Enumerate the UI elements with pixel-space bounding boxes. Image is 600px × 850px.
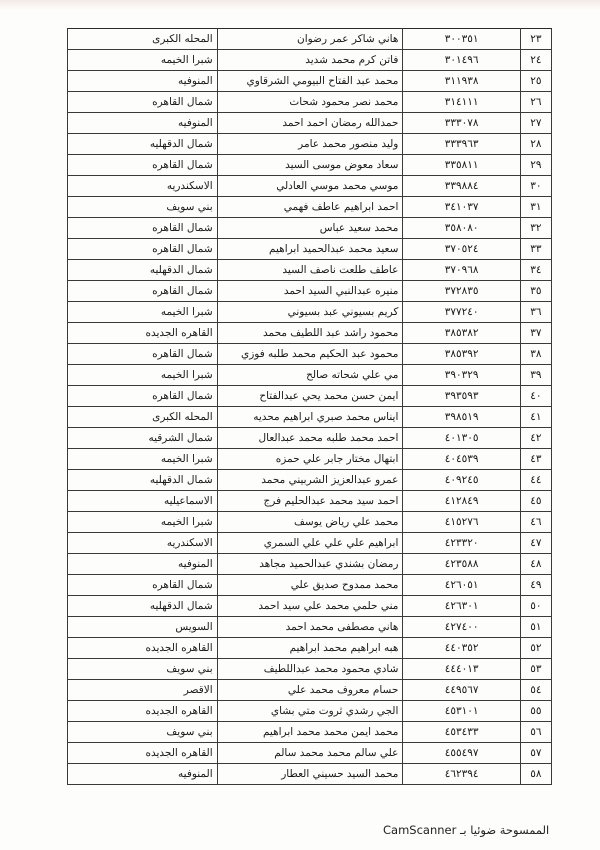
location-cell: شمال القاهره: [68, 281, 218, 302]
table-row: ٤٥٤١٢٨٤٩احمد سيد محمد عبدالحليم فرجالاسم…: [68, 491, 552, 512]
name-cell: احمد ابراهيم عاطف فهمي: [217, 197, 403, 218]
roster-table-body: ٢٣٣٠٠٣٥١هاني شاكر عمر رضوانالمحله الكبرى…: [68, 29, 552, 785]
code-cell: ٤١٢٨٤٩: [403, 491, 520, 512]
code-cell: ٣٣٣٠٧٨: [403, 113, 520, 134]
row-index-cell: ٢٥: [520, 71, 551, 92]
location-cell: شمال القاهره: [68, 344, 218, 365]
row-index-cell: ٤٥: [520, 491, 551, 512]
name-cell: موسي محمد موسي العادلي: [217, 176, 403, 197]
table-row: ٢٥٣١١٩٣٨محمد عبد الفتاح البيومي الشرقاوي…: [68, 71, 552, 92]
code-cell: ٣٥٨٠٨٠: [403, 218, 520, 239]
code-cell: ٤٥٥٤٩٧: [403, 743, 520, 764]
row-index-cell: ٥١: [520, 617, 551, 638]
name-cell: حسام معروف محمد علي: [217, 680, 403, 701]
location-cell: شبرا الخيمه: [68, 50, 218, 71]
name-cell: هاني مصطفى محمد احمد: [217, 617, 403, 638]
name-cell: هاني شاكر عمر رضوان: [217, 29, 403, 50]
table-row: ٥٥٤٥٣١٠١الجي رشدي ثروت متي بشايالقاهره ا…: [68, 701, 552, 722]
location-cell: القاهره الجديده: [68, 638, 218, 659]
name-cell: احمد محمد طلبه محمد عبدالعال: [217, 428, 403, 449]
table-row: ٥٣٤٤٤٠١٣شادي محمود محمد عبداللطيفبني سوي…: [68, 659, 552, 680]
table-row: ٥١٤٢٧٤٠٠هاني مصطفى محمد احمدالسويس: [68, 617, 552, 638]
code-cell: ٤٠١٣٠٥: [403, 428, 520, 449]
code-cell: ٤٤٤٠١٣: [403, 659, 520, 680]
location-cell: المنوفيه: [68, 113, 218, 134]
row-index-cell: ٤٦: [520, 512, 551, 533]
location-cell: شمال الدقهليه: [68, 596, 218, 617]
location-cell: الاسكندريه: [68, 533, 218, 554]
row-index-cell: ٥٨: [520, 764, 551, 785]
name-cell: ايناس محمد صبري ابراهيم محديه: [217, 407, 403, 428]
location-cell: بني سويف: [68, 722, 218, 743]
roster-table: ٢٣٣٠٠٣٥١هاني شاكر عمر رضوانالمحله الكبرى…: [67, 28, 552, 785]
code-cell: ٤٢٦٠٥١: [403, 575, 520, 596]
location-cell: شمال القاهره: [68, 575, 218, 596]
table-row: ٣٧٣٨٥٣٨٢محمود راشد عبد اللطيف محمدالقاهر…: [68, 323, 552, 344]
table-row: ٤٧٤٢٣٣٢٠ابراهيم علي علي علي السمريالاسكن…: [68, 533, 552, 554]
name-cell: منيره عبدالنبي السيد احمد: [217, 281, 403, 302]
name-cell: فاتن كرم محمد شديد: [217, 50, 403, 71]
code-cell: ٣٩٨٥١٩: [403, 407, 520, 428]
location-cell: المنوفيه: [68, 554, 218, 575]
table-row: ٢٤٣٠١٤٩٦فاتن كرم محمد شديدشبرا الخيمه: [68, 50, 552, 71]
location-cell: شمال القاهره: [68, 239, 218, 260]
location-cell: بني سويف: [68, 197, 218, 218]
name-cell: ابراهيم علي علي علي السمري: [217, 533, 403, 554]
code-cell: ٤٦٢٣٩٤: [403, 764, 520, 785]
code-cell: ٣٣٣٩٦٣: [403, 134, 520, 155]
table-row: ٤٦٤١٥٢٧٦محمد علي رياض يوسفشبرا الخيمه: [68, 512, 552, 533]
location-cell: شمال القاهره: [68, 218, 218, 239]
table-row: ٤٠٣٩٣٥٩٣ايمن حسن محمد يحي عبدالفتاحشمال …: [68, 386, 552, 407]
camscanner-watermark: الممسوحة ضوئيا بـ CamScanner: [383, 823, 549, 837]
table-row: ٥٤٤٤٩٥٦٧حسام معروف محمد عليالاقصر: [68, 680, 552, 701]
name-cell: ايمن حسن محمد يحي عبدالفتاح: [217, 386, 403, 407]
location-cell: شمال الشرقيه: [68, 428, 218, 449]
row-index-cell: ٣٤: [520, 260, 551, 281]
code-cell: ٣٧٠٩٦٨: [403, 260, 520, 281]
row-index-cell: ٤٧: [520, 533, 551, 554]
code-cell: ٤٤٩٥٦٧: [403, 680, 520, 701]
table-row: ٣٤٣٧٠٩٦٨عاطف طلعت ناصف السيدشمال الدقهلي…: [68, 260, 552, 281]
row-index-cell: ٣٩: [520, 365, 551, 386]
row-index-cell: ٤٠: [520, 386, 551, 407]
table-row: ٤١٣٩٨٥١٩ايناس محمد صبري ابراهيم محديهالم…: [68, 407, 552, 428]
row-index-cell: ٤٨: [520, 554, 551, 575]
row-index-cell: ٥٧: [520, 743, 551, 764]
name-cell: مني حلمي محمد علي سيد احمد: [217, 596, 403, 617]
code-cell: ٣٨٥٣٩٢: [403, 344, 520, 365]
location-cell: شمال الدقهليه: [68, 470, 218, 491]
name-cell: ابتهال مختار جابر علي حمزه: [217, 449, 403, 470]
location-cell: شمال الدقهليه: [68, 260, 218, 281]
location-cell: القاهره الجديده: [68, 743, 218, 764]
name-cell: هبه ابراهيم محمد ابراهيم: [217, 638, 403, 659]
location-cell: المنوفيه: [68, 764, 218, 785]
name-cell: حمدالله رمضان احمد احمد: [217, 113, 403, 134]
location-cell: السويس: [68, 617, 218, 638]
code-cell: ٤٢٣٣٢٠: [403, 533, 520, 554]
table-row: ٣٨٣٨٥٣٩٢محمود عبد الحكيم محمد طلبه فوزيش…: [68, 344, 552, 365]
row-index-cell: ٣٠: [520, 176, 551, 197]
table-row: ٥٢٤٤٠٣٥٢هبه ابراهيم محمد ابراهيمالقاهره …: [68, 638, 552, 659]
location-cell: شبرا الخيمه: [68, 365, 218, 386]
code-cell: ٣٩٠٣٢٩: [403, 365, 520, 386]
location-cell: القاهره الجديده: [68, 701, 218, 722]
name-cell: رمضان بشندي عبدالحميد مجاهد: [217, 554, 403, 575]
name-cell: محمد ايمن محمد محمد ابراهيم: [217, 722, 403, 743]
name-cell: محمود راشد عبد اللطيف محمد: [217, 323, 403, 344]
row-index-cell: ٢٣: [520, 29, 551, 50]
table-row: ٤٢٤٠١٣٠٥احمد محمد طلبه محمد عبدالعالشمال…: [68, 428, 552, 449]
code-cell: ٣٨٥٣٨٢: [403, 323, 520, 344]
name-cell: عمرو عبدالعزيز الشربيني محمد: [217, 470, 403, 491]
table-row: ٥٧٤٥٥٤٩٧علي سالم محمد محمد سالمالقاهره ا…: [68, 743, 552, 764]
location-cell: شبرا الخيمه: [68, 302, 218, 323]
location-cell: المحله الكبرى: [68, 29, 218, 50]
name-cell: مي علي شحاته صالح: [217, 365, 403, 386]
row-index-cell: ٥٣: [520, 659, 551, 680]
table-row: ٥٦٤٥٣٤٣٣محمد ايمن محمد محمد ابراهيمبني س…: [68, 722, 552, 743]
name-cell: كريم بسيوني عبد بسيوني: [217, 302, 403, 323]
row-index-cell: ٣٥: [520, 281, 551, 302]
row-index-cell: ٣٣: [520, 239, 551, 260]
location-cell: شمال القاهره: [68, 155, 218, 176]
code-cell: ٤٥٣٤٣٣: [403, 722, 520, 743]
name-cell: محمد سعيد عباس: [217, 218, 403, 239]
code-cell: ٣٧٠٥٢٤: [403, 239, 520, 260]
location-cell: الاسماعيليه: [68, 491, 218, 512]
name-cell: محمود عبد الحكيم محمد طلبه فوزي: [217, 344, 403, 365]
table-row: ٣٩٣٩٠٣٢٩مي علي شحاته صالحشبرا الخيمه: [68, 365, 552, 386]
row-index-cell: ٣٢: [520, 218, 551, 239]
code-cell: ٤١٥٢٧٦: [403, 512, 520, 533]
table-row: ٢٩٣٣٥٨١١سعاد معوض موسى السيدشمال القاهره: [68, 155, 552, 176]
code-cell: ٤٥٣١٠١: [403, 701, 520, 722]
row-index-cell: ٤٩: [520, 575, 551, 596]
scan-edge-tint: [0, 0, 600, 10]
code-cell: ٣٧٢٨٣٥: [403, 281, 520, 302]
name-cell: علي سالم محمد محمد سالم: [217, 743, 403, 764]
row-index-cell: ٢٦: [520, 92, 551, 113]
name-cell: الجي رشدي ثروت متي بشاي: [217, 701, 403, 722]
name-cell: سعيد محمد عبدالحميد ابراهيم: [217, 239, 403, 260]
code-cell: ٣١١٩٣٨: [403, 71, 520, 92]
location-cell: شبرا الخيمه: [68, 512, 218, 533]
table-row: ٤٤٤٠٩٢٤٥عمرو عبدالعزيز الشربيني محمدشمال…: [68, 470, 552, 491]
row-index-cell: ٢٩: [520, 155, 551, 176]
table-row: ٤٣٤٠٤٥٣٩ابتهال مختار جابر علي حمزهشبرا ا…: [68, 449, 552, 470]
table-row: ٣٢٣٥٨٠٨٠محمد سعيد عباسشمال القاهره: [68, 218, 552, 239]
location-cell: شبرا الخيمه: [68, 449, 218, 470]
table-row: ٤٩٤٢٦٠٥١محمد ممدوح صديق عليشمال القاهره: [68, 575, 552, 596]
row-index-cell: ٤٣: [520, 449, 551, 470]
location-cell: الاسكندريه: [68, 176, 218, 197]
name-cell: محمد نصر محمود شحات: [217, 92, 403, 113]
row-index-cell: ٣١: [520, 197, 551, 218]
table-row: ٣١٣٤١٠٣٧احمد ابراهيم عاطف فهميبني سويف: [68, 197, 552, 218]
row-index-cell: ٢٧: [520, 113, 551, 134]
code-cell: ٣٧٧٢٤٠: [403, 302, 520, 323]
row-index-cell: ٥٦: [520, 722, 551, 743]
code-cell: ٣٩٣٥٩٣: [403, 386, 520, 407]
code-cell: ٣٤١٠٣٧: [403, 197, 520, 218]
row-index-cell: ٤١: [520, 407, 551, 428]
table-row: ٣٠٣٣٩٨٨٤موسي محمد موسي العادليالاسكندريه: [68, 176, 552, 197]
name-cell: احمد سيد محمد عبدالحليم فرج: [217, 491, 403, 512]
table-row: ٥٠٤٢٦٣٠١مني حلمي محمد علي سيد احمدشمال ا…: [68, 596, 552, 617]
name-cell: وليد منصور محمد عامر: [217, 134, 403, 155]
code-cell: ٤٢٧٤٠٠: [403, 617, 520, 638]
location-cell: شمال القاهره: [68, 92, 218, 113]
table-row: ٣٥٣٧٢٨٣٥منيره عبدالنبي السيد احمدشمال ال…: [68, 281, 552, 302]
name-cell: محمد عبد الفتاح البيومي الشرقاوي: [217, 71, 403, 92]
code-cell: ٤٢٣٥٨٨: [403, 554, 520, 575]
table-row: ٢٦٣١٤١١١محمد نصر محمود شحاتشمال القاهره: [68, 92, 552, 113]
name-cell: عاطف طلعت ناصف السيد: [217, 260, 403, 281]
name-cell: شادي محمود محمد عبداللطيف: [217, 659, 403, 680]
table-row: ٤٨٤٢٣٥٨٨رمضان بشندي عبدالحميد مجاهدالمنو…: [68, 554, 552, 575]
row-index-cell: ٤٢: [520, 428, 551, 449]
table-row: ٣٣٣٧٠٥٢٤سعيد محمد عبدالحميد ابراهيمشمال …: [68, 239, 552, 260]
table-row: ٢٣٣٠٠٣٥١هاني شاكر عمر رضوانالمحله الكبرى: [68, 29, 552, 50]
table-row: ٥٨٤٦٢٣٩٤محمد السيد حسيني العطارالمنوفيه: [68, 764, 552, 785]
row-index-cell: ٢٨: [520, 134, 551, 155]
code-cell: ٤٠٤٥٣٩: [403, 449, 520, 470]
code-cell: ٣٠٠٣٥١: [403, 29, 520, 50]
location-cell: القاهره الجديده: [68, 323, 218, 344]
location-cell: المنوفيه: [68, 71, 218, 92]
row-index-cell: ٥٠: [520, 596, 551, 617]
location-cell: الاقصر: [68, 680, 218, 701]
row-index-cell: ٥٢: [520, 638, 551, 659]
location-cell: شمال الدقهليه: [68, 134, 218, 155]
table-row: ٢٨٣٣٣٩٦٣وليد منصور محمد عامرشمال الدقهلي…: [68, 134, 552, 155]
code-cell: ٣٠١٤٩٦: [403, 50, 520, 71]
row-index-cell: ٣٨: [520, 344, 551, 365]
code-cell: ٣١٤١١١: [403, 92, 520, 113]
code-cell: ٤٠٩٢٤٥: [403, 470, 520, 491]
code-cell: ٣٣٩٨٨٤: [403, 176, 520, 197]
name-cell: محمد علي رياض يوسف: [217, 512, 403, 533]
row-index-cell: ٤٤: [520, 470, 551, 491]
code-cell: ٣٣٥٨١١: [403, 155, 520, 176]
location-cell: شمال القاهره: [68, 386, 218, 407]
row-index-cell: ٥٥: [520, 701, 551, 722]
table-row: ٣٦٣٧٧٢٤٠كريم بسيوني عبد بسيونيشبرا الخيم…: [68, 302, 552, 323]
location-cell: بني سويف: [68, 659, 218, 680]
name-cell: محمد ممدوح صديق علي: [217, 575, 403, 596]
code-cell: ٤٤٠٣٥٢: [403, 638, 520, 659]
name-cell: محمد السيد حسيني العطار: [217, 764, 403, 785]
row-index-cell: ٥٤: [520, 680, 551, 701]
code-cell: ٤٢٦٣٠١: [403, 596, 520, 617]
row-index-cell: ٢٤: [520, 50, 551, 71]
name-cell: سعاد معوض موسى السيد: [217, 155, 403, 176]
row-index-cell: ٣٧: [520, 323, 551, 344]
row-index-cell: ٣٦: [520, 302, 551, 323]
table-row: ٢٧٣٣٣٠٧٨حمدالله رمضان احمد احمدالمنوفيه: [68, 113, 552, 134]
location-cell: المحله الكبرى: [68, 407, 218, 428]
